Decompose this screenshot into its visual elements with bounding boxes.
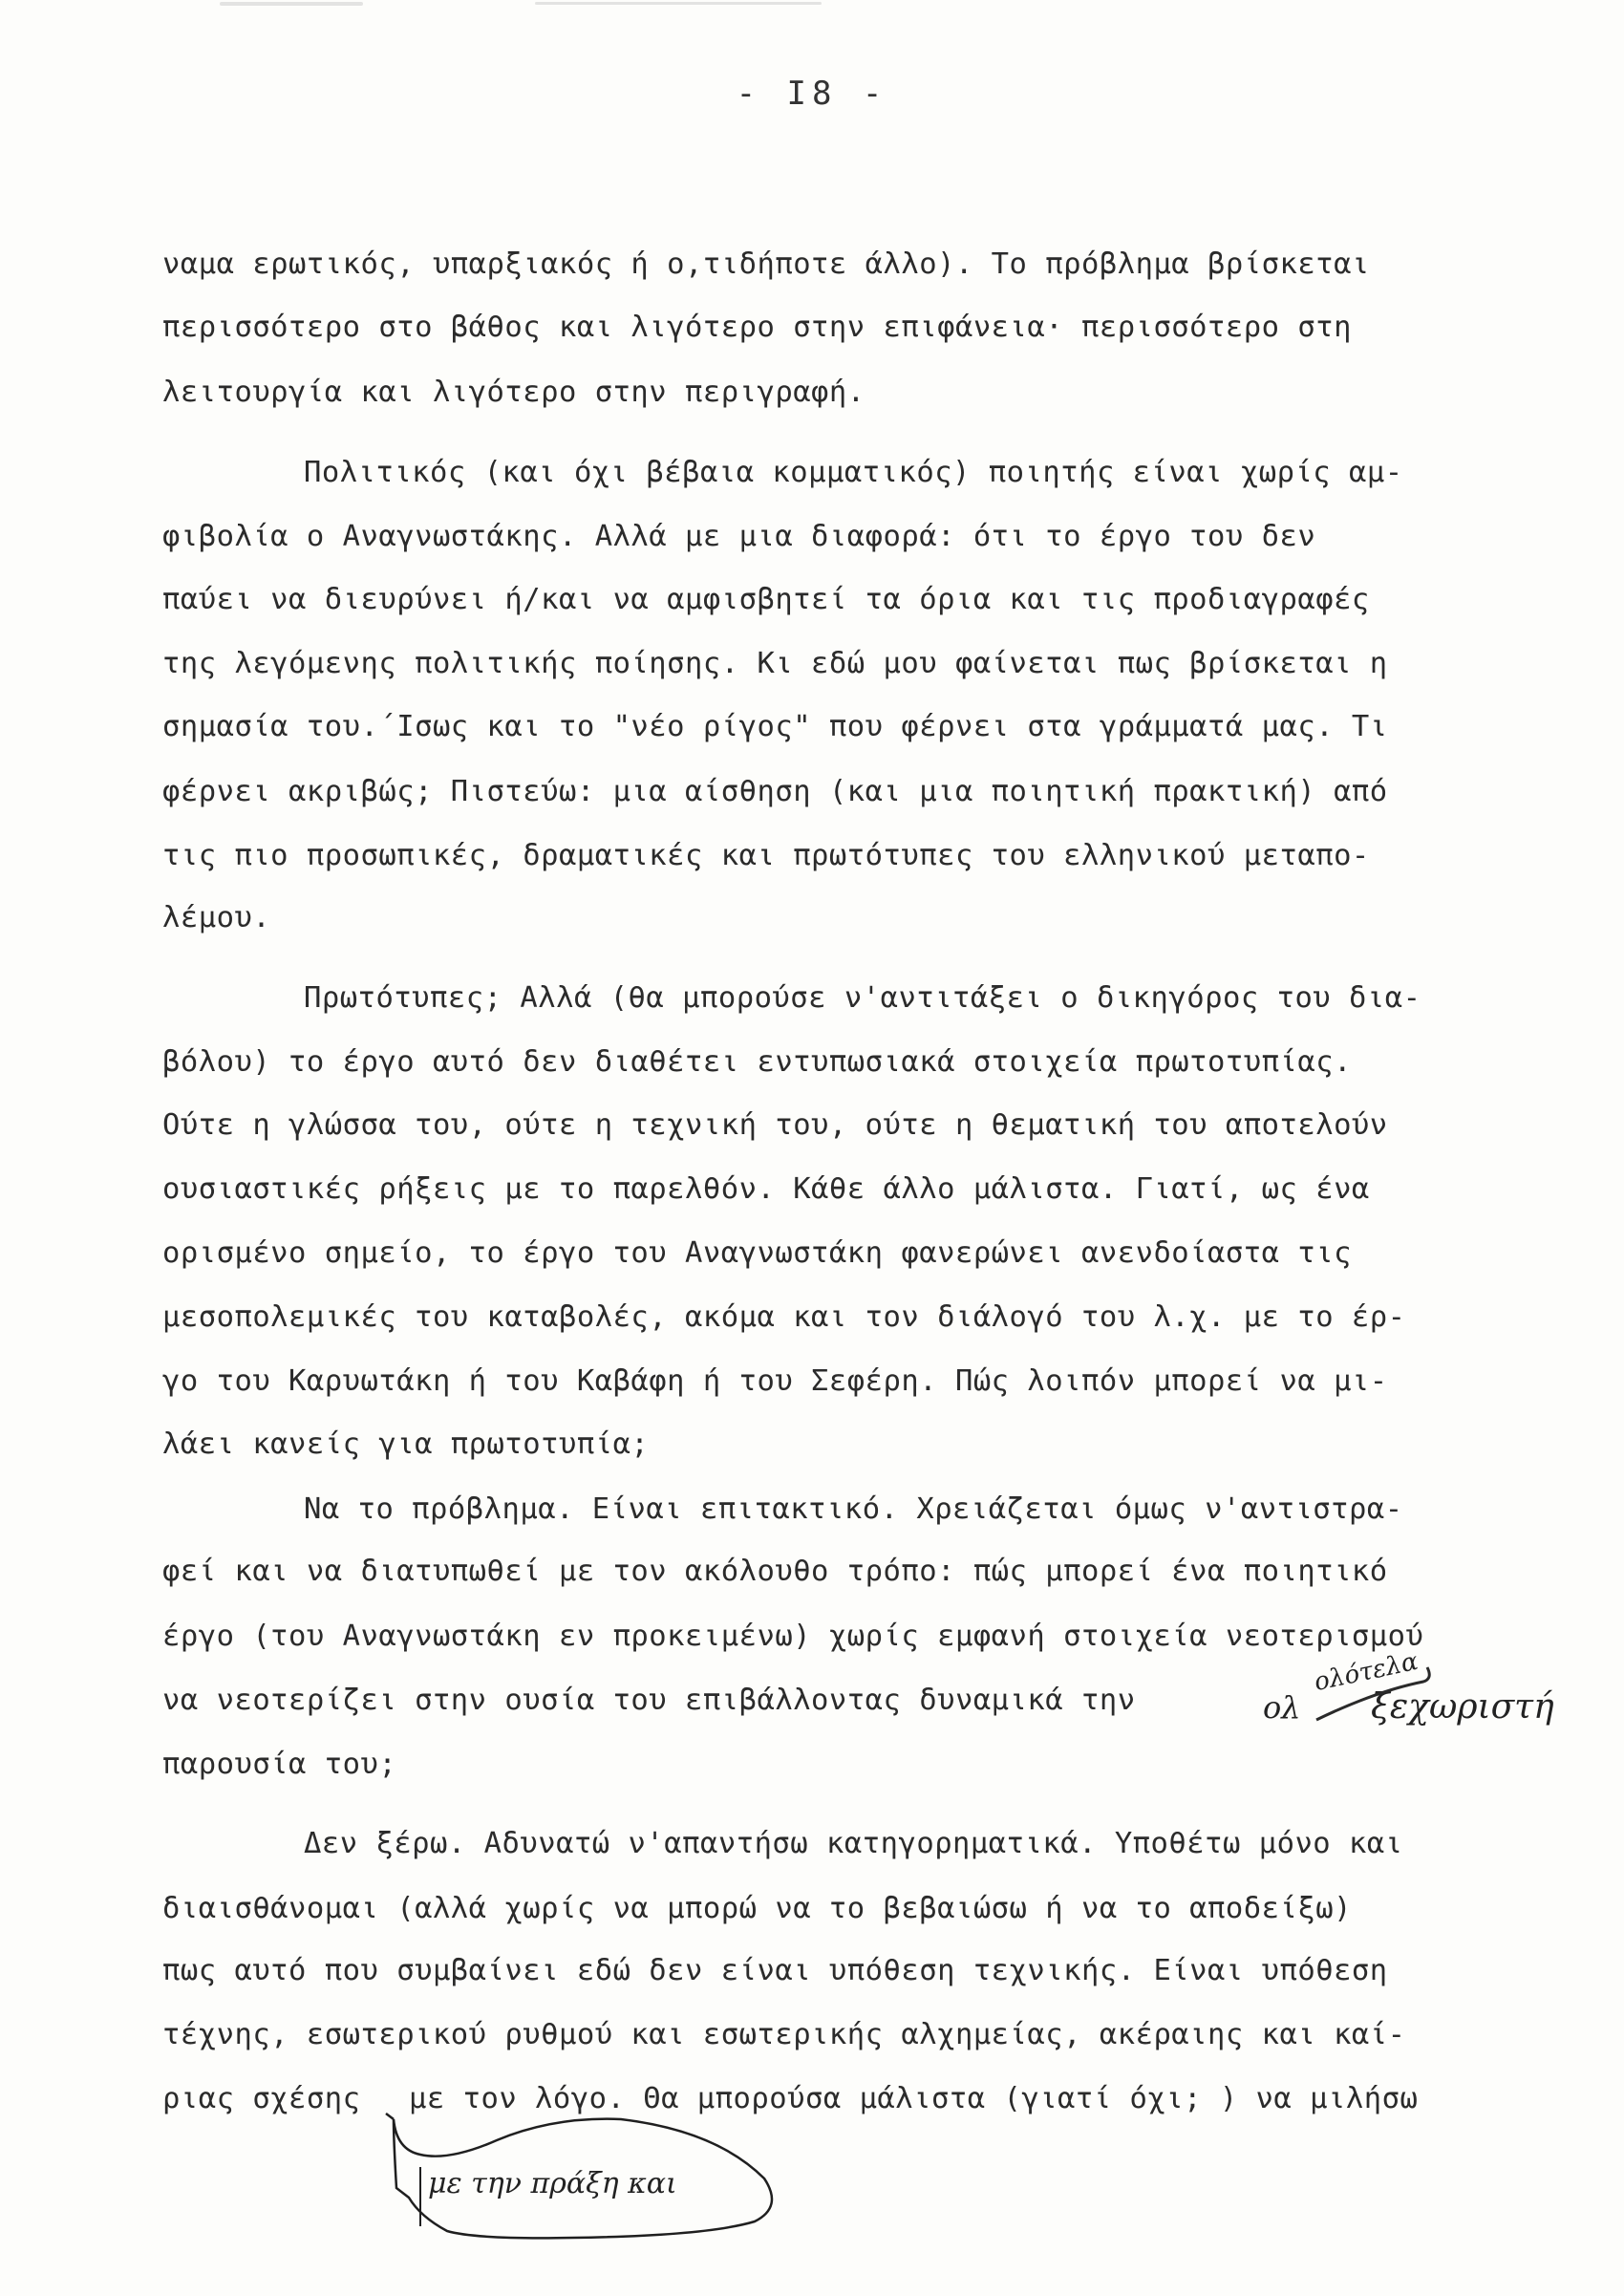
annotation-strokes [0,0,1624,2296]
handwritten-balloon-text: με την πράξη και [428,2167,677,2200]
